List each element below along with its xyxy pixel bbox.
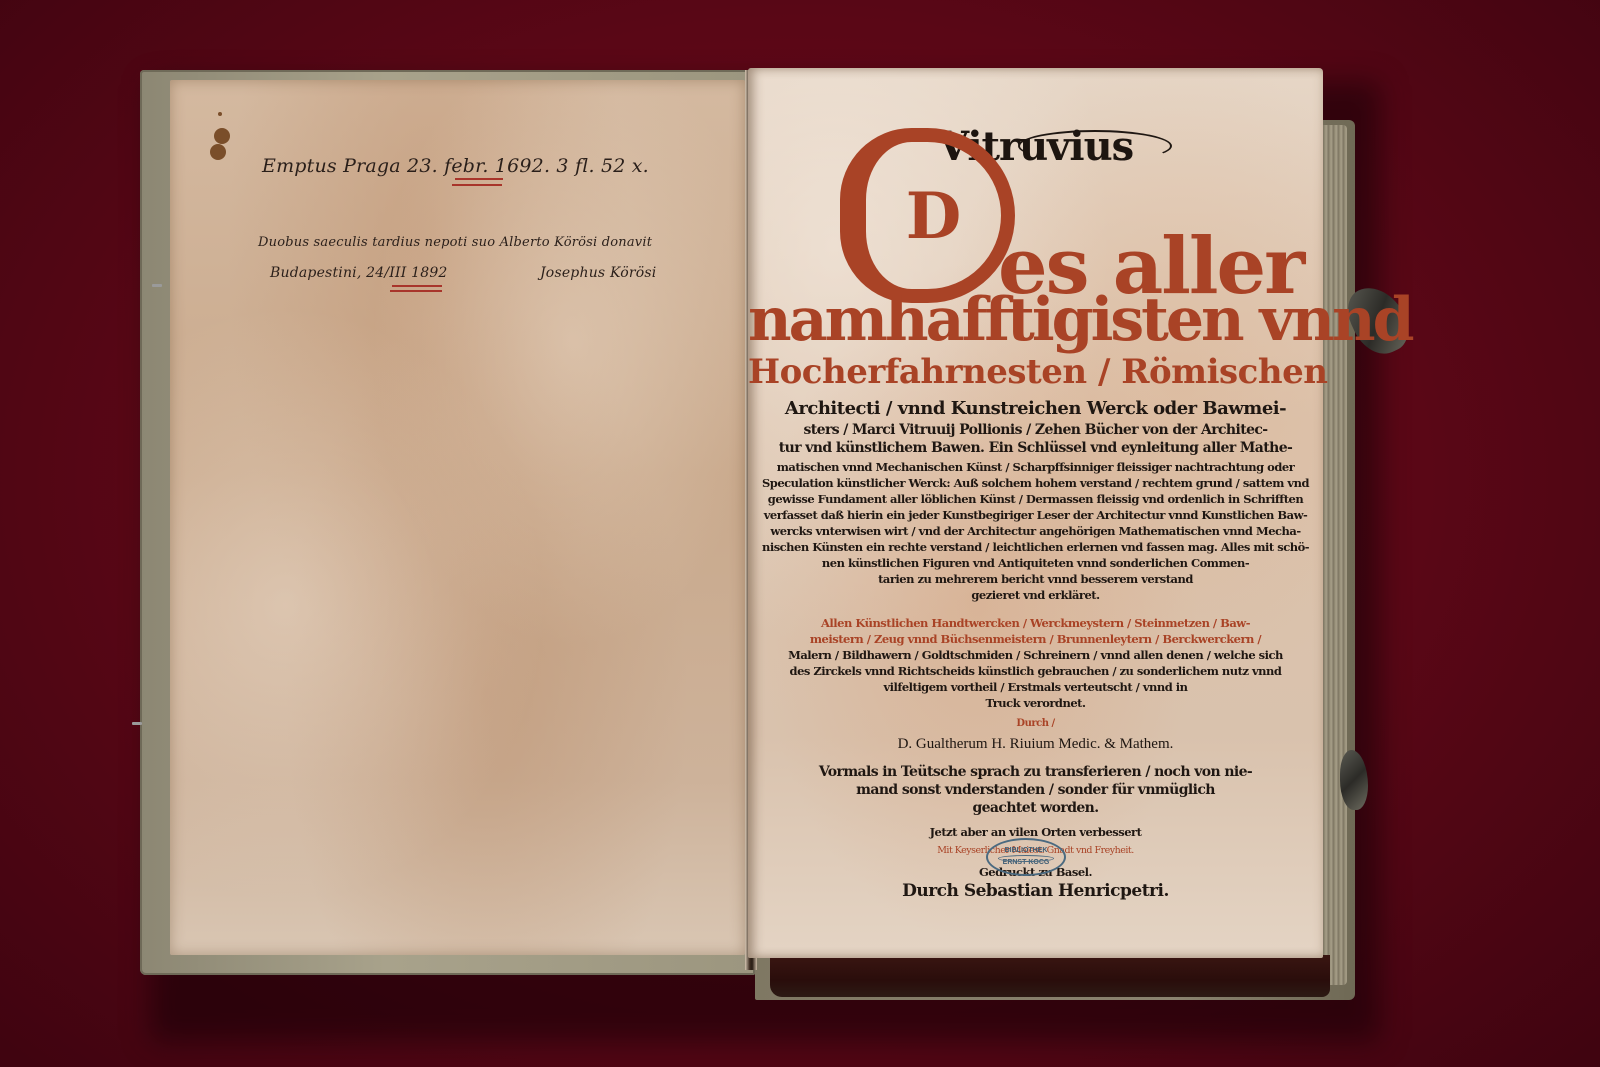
red-underline [452,184,502,186]
donation-place-date: Budapestini, 24/III 1892 [270,265,448,281]
title-headline-3: Hocherfahrnesten / Römischen [748,352,1323,392]
donation-inscription: Duobus saeculis tardius nepoti suo Alber… [258,235,652,250]
title-text-line: gezieret vnd erkläret. [748,588,1323,602]
red-underline [392,285,442,287]
title-text-line: matischen vnnd Mechanischen Künst / Scha… [748,460,1323,474]
red-underline [455,178,503,180]
stamp-line-1: BIBLIOTHEK [988,845,1064,857]
durch-label: Durch / [748,718,1323,729]
improved-note: Jetzt aber an vilen Orten verbessert [748,825,1323,839]
title-headline-2: namhafftigisten vnnd [748,290,1323,350]
title-text-line: gewisse Fundament aller löblichen Künst … [748,492,1323,506]
ink-stain [210,144,226,160]
translation-note-line: mand sonst vnderstanden / sonder für vnm… [748,782,1323,798]
title-text-line: nischen Künsten ein rechte verstand / le… [748,540,1323,554]
title-text-line: tur vnd künstlichem Bawen. Ein Schlüssel… [748,440,1323,456]
dedication-line: Truck verordnet. [748,696,1323,710]
page-bottom-edge [770,955,1330,997]
author-line: D. Gualtherum H. Riuium Medic. & Mathem. [748,736,1323,753]
title-text-line: tarien zu mehrerem bericht vnnd besserem… [748,572,1323,586]
title-text-line: wercks vnterwisen wirt / vnd der Archite… [748,524,1323,538]
stamp-line-2: ERNST KOCG [988,857,1064,869]
dedication-red-line: meistern / Zeug vnnd Büchsenmeistern / B… [748,632,1323,646]
decorated-initial: D [840,128,1015,303]
nail [152,284,162,287]
purchase-inscription: Emptus Praga 23. febr. 1692. 3 fl. 52 x. [262,155,649,177]
title-page: Vitruvius D es aller namhafftigisten vnn… [748,68,1323,958]
title-text-line: verfasset daß hierin ein jeder Kunstbegi… [748,508,1323,522]
front-pastedown-page: Emptus Praga 23. febr. 1692. 3 fl. 52 x.… [170,80,745,955]
ink-stain [214,128,230,144]
nail [132,722,142,725]
red-underline [390,290,442,292]
printer-line: Durch Sebastian Henricpetri. [748,881,1323,901]
dedication-line: des Zirckels vnnd Richtscheids künstlich… [748,664,1323,678]
dedication-line: Malern / Bildhawern / Goldtschmiden / Sc… [748,648,1323,662]
dedication-line: vilfeltigem vortheil / Erstmals verteuts… [748,680,1323,694]
ink-stain [218,112,222,116]
title-text-line: Speculation künstlicher Werck: Auß solch… [748,476,1323,490]
translation-note-line: geachtet worden. [748,800,1323,816]
library-stamp: BIBLIOTHEK ERNST KOCG [986,838,1066,876]
title-text-line: nen künstlichen Figuren vnd Antiquiteten… [748,556,1323,570]
title-text-line: Architecti / vnnd Kunstreichen Werck ode… [748,398,1323,419]
dedication-red-line: Allen Künstlichen Handtwercken / Werckme… [748,616,1323,630]
donor-signature: Josephus Körösi [540,265,656,281]
title-text-line: sters / Marci Vitruuij Pollionis / Zehen… [748,422,1323,438]
translation-note-line: Vormals in Teütsche sprach zu transferie… [748,764,1323,780]
